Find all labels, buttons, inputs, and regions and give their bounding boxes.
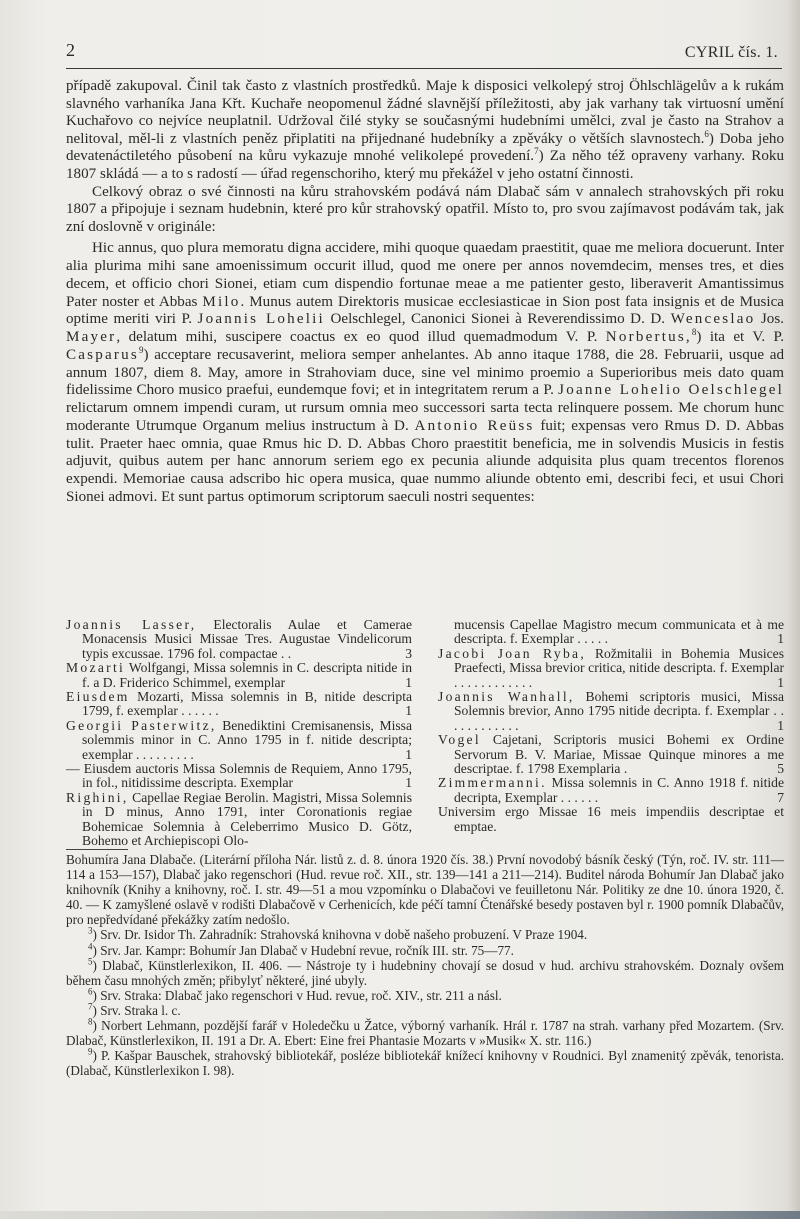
footnote: 3) Srv. Dr. Isidor Th. Zahradník: Straho…	[66, 927, 784, 942]
text-run: ) ita et V. P.	[696, 329, 784, 345]
catalog-entry: Mozarti Wolfgangi, Missa solemnis in C. …	[66, 661, 412, 690]
footnote-separator	[66, 849, 128, 850]
composer-name: Eiusdem	[66, 689, 130, 704]
catalog-entry: Righini, Capellae Regiae Berolin. Magist…	[66, 791, 412, 849]
entry-count: 1	[405, 748, 412, 762]
composer-name: Vogel	[438, 732, 481, 747]
footnote-mark: 7	[88, 1002, 93, 1012]
entry-count: 1	[405, 676, 412, 690]
music-catalog: Joannis Lasser, Electoralis Aulae et Cam…	[66, 618, 784, 849]
catalog-entry: — Eiusdem auctoris Missa Solemnis de Req…	[66, 762, 412, 791]
footnote-text: Norbert Lehmann, pozdější farář v Holede…	[66, 1018, 784, 1048]
spaced-name: Milo	[202, 294, 240, 310]
footnote: 7) Srv. Straka l. c.	[66, 1003, 784, 1018]
text-run: , delatum mihi, suscipere coactus ex eo …	[116, 329, 605, 345]
spaced-name: Antonio Reüss	[415, 418, 535, 434]
catalog-entry: Zimmermanni. Missa solemnis in C. Anno 1…	[438, 776, 784, 805]
footnote: 8) Norbert Lehmann, pozdější farář v Hol…	[66, 1018, 784, 1048]
catalog-entry: Joannis Wanhall, Bohemi scriptoris music…	[438, 690, 784, 733]
text-run: Oelschlegel, Canonici Sionei à Reverendi…	[325, 311, 671, 327]
catalog-entry: Universim ergo Missae 16 meis impendiis …	[438, 805, 784, 834]
entry-text: Capellae Regiae Berolin. Magistri, Missa…	[82, 790, 412, 848]
spaced-name: Mayer	[66, 329, 116, 345]
entry-count: 1	[777, 719, 784, 733]
text-run: Jos.	[755, 311, 784, 327]
catalog-entry: Jacobi Joan Ryba, Rožmitalii in Bohemia …	[438, 647, 784, 690]
composer-name: Jacobi Joan Ryba,	[438, 646, 586, 661]
scanned-page: 2 CYRIL čís. 1. případě zakupoval. Činil…	[0, 0, 800, 1219]
page-edge-shadow	[786, 0, 800, 1219]
footnote-mark: 4	[88, 941, 93, 951]
spaced-name: Casparus	[66, 347, 139, 363]
footnote-text: Srv. Dr. Isidor Th. Zahradník: Strahovsk…	[97, 927, 587, 942]
footnote: 6) Srv. Straka: Dlabač jako regenschori …	[66, 988, 784, 1003]
composer-name: Joannis Wanhall,	[438, 689, 575, 704]
footnote-text: Srv. Straka l. c.	[97, 1003, 181, 1018]
running-title: CYRIL čís. 1.	[685, 44, 778, 62]
entry-count: 1	[777, 676, 784, 690]
catalog-entry: Eiusdem Mozarti, Missa solemnis in B, ni…	[66, 690, 412, 719]
footnote: 4) Srv. Jar. Kampr: Bohumír Jan Dlabač v…	[66, 943, 784, 958]
paragraph: případě zakupoval. Činil tak často z vla…	[66, 78, 784, 184]
spaced-name: Wenceslao	[671, 311, 756, 327]
spaced-name: Norbertus,	[606, 329, 692, 345]
footnote-text: P. Kašpar Bauschek, strahovský bibliotek…	[66, 1048, 784, 1078]
entry-count: 7	[777, 791, 784, 805]
footnote-mark: 9	[88, 1047, 93, 1057]
footnote-mark: 5	[88, 956, 93, 966]
composer-name: Mozarti	[66, 660, 125, 675]
entry-text: Cajetani, Scriptoris musici Bohemi ex Or…	[454, 732, 784, 776]
catalog-entry-continuation: mucensis Capellae Magistro mecum communi…	[438, 618, 784, 647]
footnote-text: Srv. Jar. Kampr: Bohumír Jan Dlabač v Hu…	[97, 943, 514, 958]
composer-name: Joannis Lasser,	[66, 617, 197, 632]
catalog-entry: Georgii Pasterwitz, Benediktini Cremisan…	[66, 719, 412, 762]
catalog-entry: Joannis Lasser, Electoralis Aulae et Cam…	[66, 618, 412, 661]
composer-name: Georgii Pasterwitz,	[66, 718, 217, 733]
entry-text: Wolfgangi, Missa solemnis in C. descript…	[82, 660, 412, 689]
main-text: případě zakupoval. Činil tak často z vla…	[66, 78, 784, 507]
composer-name: Righini,	[66, 790, 129, 805]
catalog-column-right: mucensis Capellae Magistro mecum communi…	[438, 618, 784, 849]
footnote-mark: 6	[88, 986, 93, 996]
composer-name: Zimmermanni.	[438, 775, 547, 790]
footnote-mark: 3	[88, 926, 93, 936]
entry-text: — Eiusdem auctoris Missa Solemnis de Req…	[66, 761, 412, 790]
entry-text: Mozarti, Missa solemnis in B, nitide des…	[82, 689, 412, 718]
footnote-text: Srv. Straka: Dlabač jako regenschori v H…	[97, 988, 502, 1003]
footnote-mark: 8	[88, 1017, 93, 1027]
text-run: případě zakupoval. Činil tak často z vla…	[66, 78, 784, 147]
entry-count: 3	[405, 647, 412, 661]
page-header: 2 CYRIL čís. 1.	[66, 36, 782, 69]
spaced-name: Joanne Lohelio Oelschlegel	[558, 382, 784, 398]
latin-quotation: Hic annus, quo plura memoratu digna acci…	[66, 240, 784, 506]
entry-count: 5	[777, 762, 784, 776]
footnotes: Bohumíra Jana Dlabače. (Literární příloh…	[66, 852, 784, 1078]
footnote: 9) P. Kašpar Bauschek, strahovský biblio…	[66, 1048, 784, 1078]
entry-text: Universim ergo Missae 16 meis impendiis …	[438, 804, 784, 833]
spaced-name: Joannis Lohelii	[198, 311, 325, 327]
footnote: 5) Dlabač, Künstlerlexikon, II. 406. — N…	[66, 958, 784, 988]
footnote-text: Dlabač, Künstlerlexikon, II. 406. — Nást…	[66, 958, 784, 988]
catalog-entry: Vogel Cajetani, Scriptoris musici Bohemi…	[438, 733, 784, 776]
page-bottom-edge	[0, 1211, 800, 1219]
entry-text: mucensis Capellae Magistro mecum communi…	[454, 617, 784, 646]
footnote-continuation: Bohumíra Jana Dlabače. (Literární příloh…	[66, 852, 784, 927]
catalog-column-left: Joannis Lasser, Electoralis Aulae et Cam…	[66, 618, 412, 849]
footnote-ref[interactable]: 6	[704, 129, 709, 139]
footnote-ref[interactable]: 7	[534, 146, 539, 156]
entry-count: 1	[405, 776, 412, 790]
entry-count: 1	[777, 632, 784, 646]
entry-count: 1	[405, 704, 412, 718]
paragraph: Celkový obraz o své činnosti na kůru str…	[66, 184, 784, 237]
page-number: 2	[66, 40, 75, 61]
